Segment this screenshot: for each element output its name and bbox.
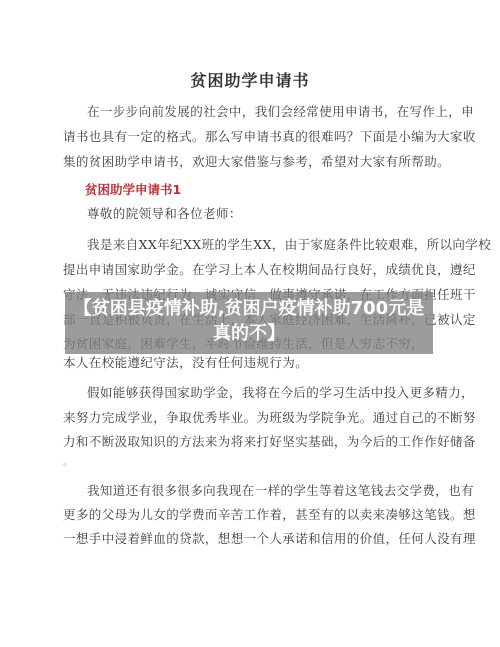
document-page: 贫困助学申请书 在一步步向前发展的社会中，我们会经常使用申请书，在写作上，申 请…: [0, 0, 500, 647]
section-heading: 贫困助学申请书1: [85, 180, 181, 198]
paragraph-line: 一想手中浸着鲜血的贷款，想想一个人承诺和信用的价值，任何人没有理: [63, 531, 441, 547]
intro-line: 请书也具有一定的格式。那么写申请书真的很难吗？下面是小编为大家收: [63, 129, 441, 145]
paragraph-line: 力和不断汲取知识的方法来为将来打好坚实基础，为今后的工作作好储备: [63, 434, 441, 450]
paragraph-line: 。: [63, 455, 441, 471]
paragraph-line: 我是来自XX年纪XX班的学生XX，由于家庭条件比较艰难，所以向学校: [87, 237, 441, 253]
paragraph-line: 假如能够获得国家助学金，我将在今后的学习生活中投入更多精力，: [87, 385, 441, 401]
paragraph-line: 提出申请国家助学金。在学习上本人在校期间品行良好，成绩优良，遵纪: [63, 262, 441, 278]
headline-overlay-text: 【贫困县疫情补助,贫困户疫情补助700元是真的不】: [65, 296, 433, 346]
intro-line: 在一步步向前发展的社会中，我们会经常使用申请书，在写作上，申: [87, 104, 441, 120]
paragraph-line: 我知道还有很多很多向我现在一样的学生等着这笔钱去交学费，也有: [87, 483, 441, 499]
document-title: 贫困助学申请书: [0, 68, 500, 91]
paragraph-line: 本人在校能遵纪守法，没有任何违规行为。: [63, 355, 441, 371]
paragraph-line: 来努力完成学业，争取优秀毕业。为班级为学院争光。通过自己的不断努: [63, 410, 441, 426]
intro-line: 集的贫困助学申请书，欢迎大家借鉴与参考，希望对大家有所帮助。: [63, 154, 441, 170]
salutation: 尊敬的院领导和各位老师：: [87, 206, 441, 222]
paragraph-line: 更多的父母为儿女的学费而辛苦工作着，甚至有的以卖来凑够这笔钱。想: [63, 507, 441, 523]
